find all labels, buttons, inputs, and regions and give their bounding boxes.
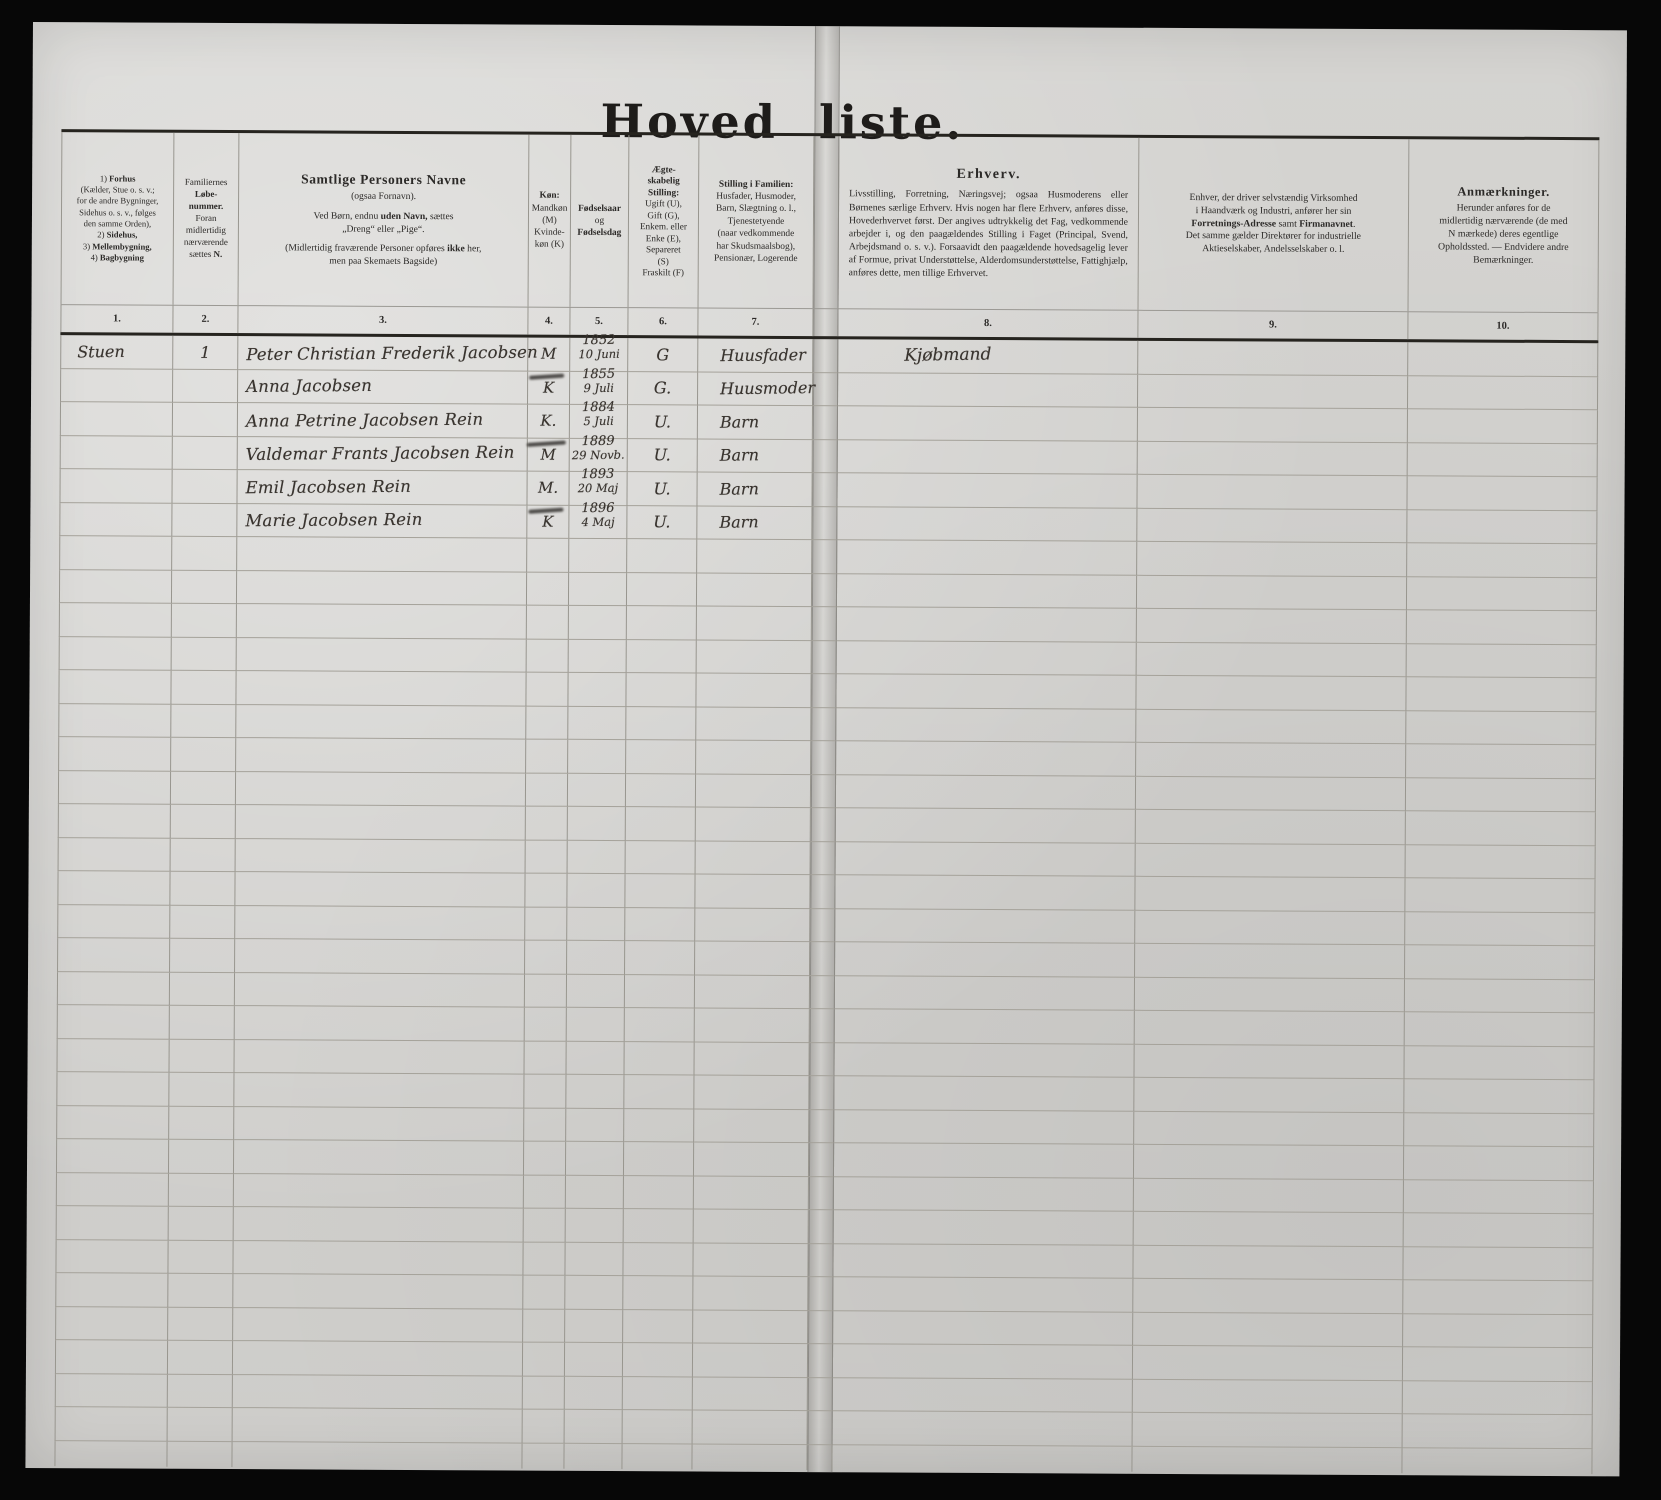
row-17-cell-navne bbox=[235, 872, 525, 907]
header-text: nærværende bbox=[184, 237, 228, 247]
row-4-cell-forhus bbox=[60, 436, 173, 470]
header-text: for de andre Bygninger, bbox=[77, 196, 159, 206]
row-25-cell-forhus bbox=[56, 1139, 169, 1173]
row-30-cell-anmaerkninger bbox=[1403, 1314, 1593, 1348]
row-3-cell-lobenummer bbox=[173, 403, 238, 437]
row-20-cell-forhus bbox=[57, 972, 170, 1006]
header-line: Ved Børn, endnu uden Navn, sættes bbox=[313, 210, 453, 223]
row-14-cell-fold bbox=[811, 775, 836, 809]
row-10-cell-forhus bbox=[59, 637, 172, 671]
header-text: Aktieselskaber, Andelsselskaber o. l. bbox=[1202, 243, 1344, 255]
row-30-cell-fodselsdato bbox=[565, 1309, 623, 1343]
row-4-cell-aegteskabelig-stilling: U. bbox=[628, 439, 698, 473]
row-8-cell-navne bbox=[237, 571, 527, 606]
row-5-cell-navne: Emil Jacobsen Rein bbox=[237, 470, 527, 505]
table-header: 1) Forhus(Kælder, Stue o. s. v.;for de a… bbox=[60, 129, 1599, 343]
row-4-cell-fold bbox=[813, 440, 838, 474]
row-32-cell-anmaerkninger bbox=[1403, 1381, 1593, 1415]
header-text: Stilling: bbox=[648, 187, 679, 197]
column-number-10.: 10. bbox=[1408, 311, 1598, 340]
row-6-cell-stilling-i-familien: Barn bbox=[697, 506, 812, 540]
row-24-cell-navne bbox=[234, 1107, 524, 1142]
row-25-cell-lobenummer bbox=[169, 1140, 234, 1174]
header-line: Kvinde- bbox=[534, 227, 565, 239]
header-line: (S) bbox=[658, 256, 669, 268]
column-number-6.: 6. bbox=[628, 307, 698, 335]
row-24-cell-fodselsdato bbox=[566, 1108, 624, 1142]
header-line: Pensionær, Logerende bbox=[714, 253, 798, 266]
row-13-cell-lobenummer bbox=[171, 738, 236, 772]
header-text: (ogsaa Fornavn). bbox=[351, 191, 416, 202]
row-29-cell-kon bbox=[523, 1276, 565, 1310]
header-text: Livsstilling, Forretning, Næringsvej; og… bbox=[849, 189, 1128, 279]
header-line: Stilling: bbox=[648, 187, 679, 199]
row-25-cell-fold bbox=[809, 1143, 834, 1177]
row-11-cell-stilling-i-familien bbox=[696, 673, 811, 707]
handwritten-aegteskabelig-stilling: U. bbox=[654, 412, 671, 431]
row-1-cell-erhverv: Kjøbmand bbox=[838, 339, 1138, 374]
header-text: Tjenestetyende bbox=[728, 216, 785, 226]
row-14-cell-forretnings-adresse bbox=[1136, 776, 1406, 811]
row-8-cell-fodselsdato bbox=[569, 572, 627, 606]
row-19-cell-kon bbox=[525, 941, 567, 975]
row-32-cell-navne bbox=[233, 1375, 523, 1410]
table-body: Stuen1Peter Christian Frederik JacobsenM… bbox=[54, 335, 1598, 1474]
row-26-cell-forhus bbox=[56, 1173, 169, 1207]
row-15-cell-anmaerkninger bbox=[1406, 811, 1596, 845]
row-10-cell-fodselsdato bbox=[569, 639, 627, 673]
row-5-cell-kon: M. bbox=[527, 472, 569, 506]
row-4-cell-stilling-i-familien: Barn bbox=[698, 439, 813, 473]
header-text: Mandkøn bbox=[532, 203, 568, 213]
row-12-cell-navne bbox=[236, 705, 526, 740]
row-8-cell-forhus bbox=[59, 570, 172, 604]
header-text: ikke bbox=[447, 243, 465, 254]
header-line: og bbox=[595, 215, 604, 227]
header-text: Enke (E), bbox=[646, 233, 681, 243]
handwritten-fodselsdag: 4 Maj bbox=[581, 515, 614, 527]
row-5-cell-forhus bbox=[59, 469, 172, 503]
row-17-cell-anmaerkninger bbox=[1405, 878, 1595, 912]
header-text: og bbox=[595, 216, 604, 226]
row-15-cell-kon bbox=[526, 807, 568, 841]
row-7-cell-forhus bbox=[59, 536, 172, 570]
row-18-cell-stilling-i-familien bbox=[695, 908, 810, 942]
table-tail bbox=[807, 1445, 832, 1470]
handwritten-aegteskabelig-stilling: U. bbox=[653, 479, 670, 498]
handwritten-aegteskabelig-stilling: G bbox=[656, 345, 669, 364]
row-24-cell-lobenummer bbox=[169, 1106, 234, 1140]
handwritten-aegteskabelig-stilling: U. bbox=[653, 513, 670, 532]
row-5-cell-lobenummer bbox=[172, 470, 237, 504]
row-10-cell-erhverv bbox=[837, 641, 1137, 676]
row-28-cell-stilling-i-familien bbox=[693, 1243, 808, 1277]
handwritten-forhus: Stuen bbox=[61, 342, 125, 362]
handwritten-navn: Marie Jacobsen Rein bbox=[237, 510, 422, 531]
header-erhverv: Erhverv.Livsstilling, Forretning, Næring… bbox=[839, 136, 1140, 310]
row-18-cell-fodselsdato bbox=[567, 907, 625, 941]
header-text: Foran bbox=[195, 213, 216, 223]
header-text: her, bbox=[465, 243, 482, 254]
row-12-cell-stilling-i-familien bbox=[696, 707, 811, 741]
row-26-cell-forretnings-adresse bbox=[1134, 1178, 1404, 1213]
row-22-cell-fold bbox=[809, 1043, 834, 1077]
row-10-cell-kon bbox=[527, 639, 569, 673]
header-line: 2) Sidehus, bbox=[97, 230, 137, 242]
row-30-cell-lobenummer bbox=[168, 1307, 233, 1341]
row-31-cell-stilling-i-familien bbox=[693, 1343, 808, 1377]
row-22-cell-kon bbox=[524, 1041, 566, 1075]
row-12-cell-fodselsdato bbox=[568, 706, 626, 740]
header-line: sættes N. bbox=[189, 249, 222, 261]
row-27-cell-forretnings-adresse bbox=[1134, 1212, 1404, 1247]
row-7-cell-kon bbox=[527, 539, 569, 573]
number-fold-strip bbox=[813, 308, 838, 336]
row-17-cell-aegteskabelig-stilling bbox=[625, 874, 695, 908]
row-11-cell-navne bbox=[236, 671, 526, 706]
header-text: Firmanavnet bbox=[1299, 218, 1353, 229]
row-2-cell-navne: Anna Jacobsen bbox=[238, 370, 528, 405]
row-18-cell-forhus bbox=[57, 905, 170, 939]
header-line: men paa Skemaets Bagside) bbox=[329, 255, 437, 268]
row-32-cell-lobenummer bbox=[168, 1374, 233, 1408]
row-29-cell-navne bbox=[233, 1274, 523, 1309]
handwritten-fodselsdato: 188929 Novb. bbox=[572, 435, 625, 461]
row-32-cell-aegteskabelig-stilling bbox=[623, 1377, 693, 1411]
header-line: Enke (E), bbox=[646, 233, 681, 245]
row-5-cell-fold bbox=[812, 473, 837, 507]
row-23-cell-anmaerkninger bbox=[1404, 1079, 1594, 1113]
row-33-cell-forhus bbox=[55, 1407, 168, 1441]
row-26-cell-fold bbox=[809, 1177, 834, 1211]
row-25-cell-erhverv bbox=[834, 1143, 1134, 1178]
column-number-7.: 7. bbox=[698, 307, 813, 336]
row-16-cell-forretnings-adresse bbox=[1136, 843, 1406, 878]
header-line: Stilling i Familien: bbox=[719, 178, 794, 191]
header-text: i Haandværk og Industri, anfører her sin bbox=[1196, 205, 1352, 217]
row-23-cell-lobenummer bbox=[169, 1073, 234, 1107]
header-line: Sidehus o. s. v., følges bbox=[79, 207, 156, 219]
header-text: (Kælder, Stue o. s. v.; bbox=[81, 184, 155, 194]
row-26-cell-kon bbox=[524, 1175, 566, 1209]
handwritten-fodselsdato: 189320 Maj bbox=[578, 468, 619, 494]
row-23-cell-aegteskabelig-stilling bbox=[624, 1075, 694, 1109]
row-15-cell-lobenummer bbox=[171, 805, 236, 839]
row-28-cell-forhus bbox=[55, 1240, 168, 1274]
row-9-cell-forhus bbox=[59, 603, 172, 637]
row-5-cell-forretnings-adresse bbox=[1137, 475, 1407, 510]
row-3-cell-kon: K. bbox=[528, 405, 570, 439]
row-20-cell-aegteskabelig-stilling bbox=[625, 975, 695, 1009]
row-9-cell-fodselsdato bbox=[569, 606, 627, 640]
row-9-cell-navne bbox=[237, 604, 527, 639]
row-22-cell-forhus bbox=[57, 1039, 170, 1073]
header-line: 3) Mellembygning, bbox=[83, 241, 152, 253]
row-16-cell-aegteskabelig-stilling bbox=[626, 841, 696, 875]
header-line: Samtlige Personers Navne bbox=[301, 171, 466, 190]
row-9-cell-forretnings-adresse bbox=[1137, 609, 1407, 644]
header-text: 4) bbox=[91, 252, 100, 262]
row-7-cell-navne bbox=[237, 537, 527, 572]
header-line: 1) Forhus bbox=[100, 173, 136, 185]
row-3-cell-erhverv bbox=[838, 406, 1138, 441]
header-forretnings-adresse: Enhver, der driver selvstændig Virksomhe… bbox=[1139, 138, 1410, 311]
scanned-census-page: Hoved liste. 1) Forhus(Kælder, Stue o. s… bbox=[25, 22, 1627, 1476]
header-text: midlertidig nærværende (de med bbox=[1439, 215, 1567, 227]
row-20-cell-fodselsdato bbox=[567, 974, 625, 1008]
handwritten-fodselsdato: 18559 Juli bbox=[582, 368, 615, 394]
row-1-cell-navne: Peter Christian Frederik Jacobsen bbox=[238, 336, 528, 371]
row-28-cell-lobenummer bbox=[168, 1240, 233, 1274]
header-text: Løbe- bbox=[195, 189, 218, 199]
header-text: Mellembygning, bbox=[92, 241, 152, 251]
row-18-cell-forretnings-adresse bbox=[1135, 910, 1405, 945]
row-31-cell-forretnings-adresse bbox=[1133, 1346, 1403, 1381]
row-21-cell-stilling-i-familien bbox=[695, 1008, 810, 1042]
row-21-cell-anmaerkninger bbox=[1405, 1012, 1595, 1046]
row-9-cell-anmaerkninger bbox=[1407, 610, 1597, 644]
row-7-cell-erhverv bbox=[837, 540, 1137, 575]
header-line: Gift (G), bbox=[647, 210, 679, 222]
row-32-cell-forhus bbox=[55, 1374, 168, 1408]
row-3-cell-navne: Anna Petrine Jacobsen Rein bbox=[238, 403, 528, 438]
header-lobenummer: FamiliernesLøbe-nummer.Foranmidlertidign… bbox=[174, 133, 240, 305]
row-25-cell-stilling-i-familien bbox=[694, 1142, 809, 1176]
row-30-cell-navne bbox=[233, 1308, 523, 1343]
row-23-cell-kon bbox=[524, 1075, 566, 1109]
row-24-cell-kon bbox=[524, 1108, 566, 1142]
column-number-9.: 9. bbox=[1138, 310, 1408, 339]
header-line: (Midlertidig fraværende Personer opføres… bbox=[285, 243, 481, 257]
row-29-cell-fodselsdato bbox=[565, 1276, 623, 1310]
handwritten-stilling-i-familien: Barn bbox=[697, 479, 758, 499]
column-number-1.: 1. bbox=[60, 304, 173, 333]
row-17-cell-fodselsdato bbox=[567, 874, 625, 908]
header-text: Kvinde- bbox=[534, 228, 565, 238]
header-line: den samme Orden), bbox=[84, 218, 152, 230]
row-7-cell-lobenummer bbox=[172, 537, 237, 571]
table-tail bbox=[564, 1443, 622, 1468]
row-1-cell-aegteskabelig-stilling: G bbox=[628, 338, 698, 372]
header-line: køn (K) bbox=[535, 239, 564, 251]
row-19-cell-anmaerkninger bbox=[1405, 945, 1595, 979]
handwritten-fodselsaar: 1889 bbox=[572, 435, 625, 449]
header-fold-strip bbox=[814, 136, 840, 308]
handwritten-aegteskabelig-stilling: U. bbox=[654, 446, 671, 465]
header-text: . bbox=[1353, 219, 1355, 230]
column-number-4.: 4. bbox=[528, 307, 570, 335]
row-5-cell-stilling-i-familien: Barn bbox=[697, 472, 812, 506]
handwritten-fodselsdato: 18964 Maj bbox=[581, 502, 614, 528]
row-6-cell-fold bbox=[812, 507, 837, 541]
header-text: Stilling i Familien: bbox=[719, 179, 794, 189]
row-7-cell-stilling-i-familien bbox=[697, 539, 812, 573]
row-16-cell-kon bbox=[526, 840, 568, 874]
row-10-cell-forretnings-adresse bbox=[1137, 642, 1407, 677]
row-13-cell-kon bbox=[526, 740, 568, 774]
row-10-cell-fold bbox=[812, 641, 837, 675]
row-1-cell-anmaerkninger bbox=[1408, 342, 1598, 376]
row-16-cell-navne bbox=[236, 839, 526, 874]
row-31-cell-fodselsdato bbox=[565, 1343, 623, 1377]
row-1-cell-kon: M bbox=[528, 338, 570, 372]
row-32-cell-erhverv bbox=[833, 1378, 1133, 1413]
row-22-cell-anmaerkninger bbox=[1404, 1046, 1594, 1080]
header-text: Erhverv. bbox=[956, 167, 1021, 182]
handwritten-kon: K. bbox=[540, 412, 556, 430]
handwritten-erhverv: Kjøbmand bbox=[838, 345, 991, 367]
row-27-cell-lobenummer bbox=[169, 1207, 234, 1241]
row-33-cell-fold bbox=[808, 1411, 833, 1445]
row-28-cell-aegteskabelig-stilling bbox=[623, 1243, 693, 1277]
handwritten-navn: Peter Christian Frederik Jacobsen bbox=[238, 342, 538, 364]
row-22-cell-forretnings-adresse bbox=[1134, 1044, 1404, 1079]
row-5-cell-anmaerkninger bbox=[1407, 476, 1597, 510]
row-33-cell-anmaerkninger bbox=[1403, 1414, 1593, 1448]
header-text: (S) bbox=[658, 256, 669, 266]
row-21-cell-aegteskabelig-stilling bbox=[625, 1008, 695, 1042]
row-20-cell-anmaerkninger bbox=[1405, 979, 1595, 1013]
handwritten-kon: K bbox=[542, 512, 553, 530]
row-17-cell-stilling-i-familien bbox=[695, 874, 810, 908]
handwritten-fodselsdag: 9 Juli bbox=[582, 381, 615, 393]
row-7-cell-anmaerkninger bbox=[1407, 543, 1597, 577]
row-8-cell-aegteskabelig-stilling bbox=[627, 573, 697, 607]
row-13-cell-forretnings-adresse bbox=[1136, 743, 1406, 778]
row-27-cell-fodselsdato bbox=[566, 1209, 624, 1243]
header-line: Fraskilt (F) bbox=[642, 267, 684, 279]
row-22-cell-aegteskabelig-stilling bbox=[624, 1042, 694, 1076]
row-31-cell-aegteskabelig-stilling bbox=[623, 1343, 693, 1377]
scanner-background: { "page": { "title": "Hoved liste.", "pa… bbox=[0, 0, 1661, 1500]
row-6-cell-anmaerkninger bbox=[1407, 510, 1597, 544]
handwritten-fodselsaar: 1855 bbox=[582, 368, 615, 382]
header-text: nummer. bbox=[189, 201, 223, 211]
header-line: „Dreng“ eller „Pige“. bbox=[342, 223, 424, 236]
row-16-cell-stilling-i-familien bbox=[696, 841, 811, 875]
header-line: Fødselsaar bbox=[578, 202, 621, 214]
row-19-cell-forretnings-adresse bbox=[1135, 944, 1405, 979]
row-16-cell-fold bbox=[811, 842, 836, 876]
row-28-cell-fold bbox=[808, 1244, 833, 1278]
header-line: Enkem. eller bbox=[640, 221, 687, 233]
row-10-cell-navne bbox=[237, 638, 527, 673]
row-4-cell-forretnings-adresse bbox=[1138, 441, 1408, 476]
row-21-cell-lobenummer bbox=[170, 1006, 235, 1040]
header-text: sættes bbox=[428, 211, 454, 222]
row-33-cell-aegteskabelig-stilling bbox=[623, 1410, 693, 1444]
header-line: Ægte- bbox=[652, 164, 676, 176]
row-2-cell-aegteskabelig-stilling: G. bbox=[628, 372, 698, 406]
row-32-cell-fodselsdato bbox=[565, 1376, 623, 1410]
header-line: har Skudsmaalsbog), bbox=[716, 240, 795, 253]
row-30-cell-fold bbox=[808, 1311, 833, 1345]
row-20-cell-erhverv bbox=[835, 976, 1135, 1011]
handwritten-stilling-i-familien: Barn bbox=[698, 412, 759, 432]
row-6-cell-lobenummer bbox=[172, 503, 237, 537]
row-14-cell-stilling-i-familien bbox=[696, 774, 811, 808]
handwritten-fodselsdag: 5 Juli bbox=[582, 415, 615, 427]
row-23-cell-fold bbox=[809, 1076, 834, 1110]
row-30-cell-aegteskabelig-stilling bbox=[623, 1310, 693, 1344]
row-26-cell-lobenummer bbox=[169, 1173, 234, 1207]
row-20-cell-forretnings-adresse bbox=[1135, 977, 1405, 1012]
row-25-cell-forretnings-adresse bbox=[1134, 1145, 1404, 1180]
row-30-cell-stilling-i-familien bbox=[693, 1310, 808, 1344]
row-23-cell-fodselsdato bbox=[566, 1075, 624, 1109]
row-6-cell-aegteskabelig-stilling: U. bbox=[627, 506, 697, 540]
handwritten-stilling-i-familien: Huusfader bbox=[698, 345, 806, 365]
row-33-cell-kon bbox=[523, 1410, 565, 1444]
header-text: køn (K) bbox=[535, 240, 564, 250]
row-19-cell-erhverv bbox=[835, 942, 1135, 977]
header-line: nærværende bbox=[184, 237, 228, 249]
header-text: Ugift (U), bbox=[645, 198, 682, 208]
row-24-cell-anmaerkninger bbox=[1404, 1113, 1594, 1147]
handwritten-aegteskabelig-stilling: G. bbox=[654, 379, 671, 398]
row-6-cell-forretnings-adresse bbox=[1137, 508, 1407, 543]
row-20-cell-kon bbox=[525, 974, 567, 1008]
header-text: Opholdssted. — Endvidere andre bbox=[1438, 241, 1569, 253]
header-text: (M) bbox=[542, 216, 557, 226]
header-text: Sidehus o. s. v., følges bbox=[79, 207, 156, 217]
row-18-cell-erhverv bbox=[835, 909, 1135, 944]
row-14-cell-anmaerkninger bbox=[1406, 778, 1596, 812]
row-33-cell-lobenummer bbox=[168, 1408, 233, 1442]
handwritten-fodselsdag: 10 Juni bbox=[578, 348, 620, 361]
header-line: Aktieselskaber, Andelsselskaber o. l. bbox=[1202, 243, 1344, 257]
row-30-cell-forretnings-adresse bbox=[1133, 1312, 1403, 1347]
header-text: 1) bbox=[100, 173, 109, 183]
row-31-cell-lobenummer bbox=[168, 1341, 233, 1375]
row-16-cell-forhus bbox=[58, 838, 171, 872]
row-8-cell-fold bbox=[812, 574, 837, 608]
header-text: Separeret bbox=[646, 244, 681, 254]
row-21-cell-erhverv bbox=[835, 1009, 1135, 1044]
row-30-cell-erhverv bbox=[833, 1311, 1133, 1346]
row-11-cell-forhus bbox=[58, 670, 171, 704]
row-29-cell-anmaerkninger bbox=[1403, 1280, 1593, 1314]
header-navne: Samtlige Personers Navne(ogsaa Fornavn).… bbox=[239, 133, 530, 307]
row-7-cell-fodselsdato bbox=[569, 539, 627, 573]
header-line: Det samme gælder Direktører for industri… bbox=[1186, 230, 1361, 244]
header-line: (Kælder, Stue o. s. v.; bbox=[81, 184, 155, 196]
header-text: Fraskilt (F) bbox=[642, 267, 684, 277]
header-text: Ved Børn, endnu bbox=[313, 210, 380, 221]
row-19-cell-forhus bbox=[57, 938, 170, 972]
handwritten-fodselsdag: 20 Maj bbox=[578, 482, 619, 495]
header-kon: Køn:Mandkøn(M)Kvinde-køn (K) bbox=[529, 135, 572, 307]
row-21-cell-kon bbox=[525, 1008, 567, 1042]
row-27-cell-erhverv bbox=[834, 1210, 1134, 1245]
header-line: (ogsaa Fornavn). bbox=[351, 191, 416, 204]
table-tail bbox=[54, 1441, 167, 1467]
row-31-cell-fold bbox=[808, 1344, 833, 1378]
header-line: midlertidig nærværende (de med bbox=[1439, 215, 1567, 229]
row-13-cell-anmaerkninger bbox=[1406, 744, 1596, 778]
row-2-cell-lobenummer bbox=[173, 369, 238, 403]
header-text: Familiernes bbox=[185, 177, 228, 187]
row-25-cell-anmaerkninger bbox=[1404, 1146, 1594, 1180]
header-text: (naar vedkommende bbox=[717, 229, 794, 239]
row-9-cell-stilling-i-familien bbox=[697, 606, 812, 640]
header-text: Bagbygning bbox=[100, 252, 144, 262]
row-29-cell-forretnings-adresse bbox=[1133, 1279, 1403, 1314]
row-31-cell-kon bbox=[523, 1343, 565, 1377]
handwritten-navn: Valdemar Frants Jacobsen Rein bbox=[238, 443, 515, 464]
row-24-cell-stilling-i-familien bbox=[694, 1109, 809, 1143]
row-19-cell-fold bbox=[810, 942, 835, 976]
